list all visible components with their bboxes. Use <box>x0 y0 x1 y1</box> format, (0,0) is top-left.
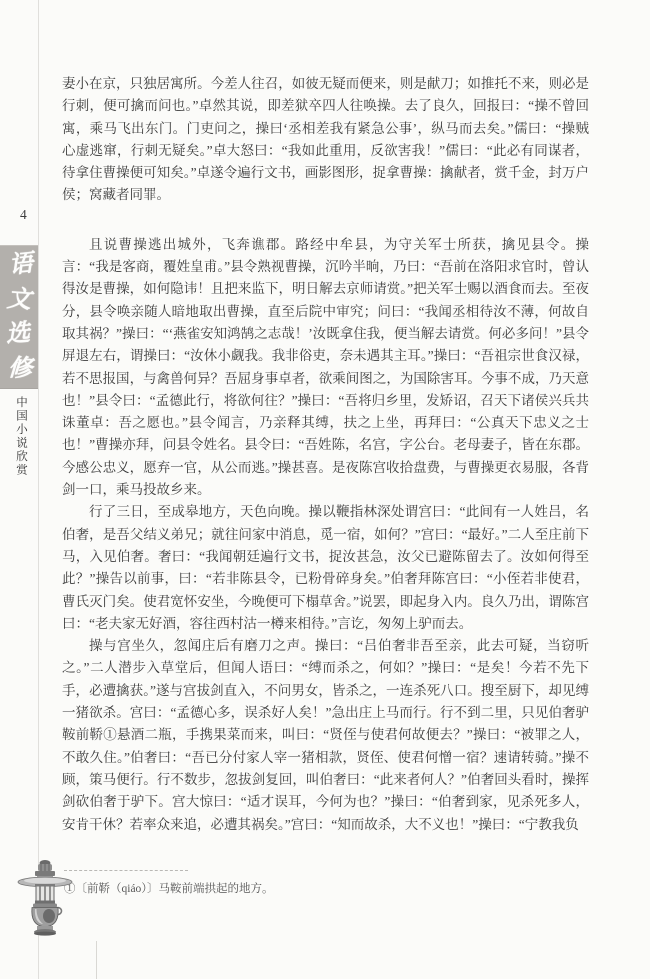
series-calligraphy-char: 语 <box>8 252 34 278</box>
footnote: ①〔前鞒（qiáo）〕马鞍前端拱起的地方。 <box>64 881 564 897</box>
footnote-divider <box>64 870 188 871</box>
series-banner: 语 文 选 修 <box>0 245 38 389</box>
excerpt-text: 妻小在京，只独居寓所。今差人往召，如彼无疑而便来，则是献刀；如推托不来，则必是行… <box>62 73 589 836</box>
scan-artifact-line <box>96 941 97 979</box>
book-page: 4 语 文 选 修 中国小说欣赏 妻小在京，只独居寓所。今差人往召，如彼无疑而便… <box>0 0 650 979</box>
series-calligraphy-char: 修 <box>7 356 32 381</box>
paragraph: 妻小在京，只独居寓所。今差人往召，如彼无疑而便来，则是献刀；如推托不来，则必是行… <box>62 73 589 207</box>
kerosene-lantern-photo-icon <box>10 858 80 943</box>
paragraph: 操与宫坐久，忽闻庄后有磨刀之声。操曰：“吕伯奢非吾至亲，此去可疑，当窃听之。”二… <box>62 635 589 836</box>
margin-divider-line <box>38 0 39 979</box>
paragraph: 且说曹操逃出城外，飞奔谯郡。路经中牟县，为守关军士所获，擒见县令。操言：“我是客… <box>62 234 589 502</box>
paragraph: 行了三日，至成皋地方，天色向晚。操以鞭指林深处谓宫曰：“此间有一人姓吕，名伯奢，… <box>62 501 589 635</box>
page-number: 4 <box>20 207 27 223</box>
book-subtitle: 中国小说欣赏 <box>13 396 29 477</box>
series-calligraphy-char: 选 <box>5 322 31 348</box>
series-calligraphy-char: 文 <box>6 287 32 313</box>
